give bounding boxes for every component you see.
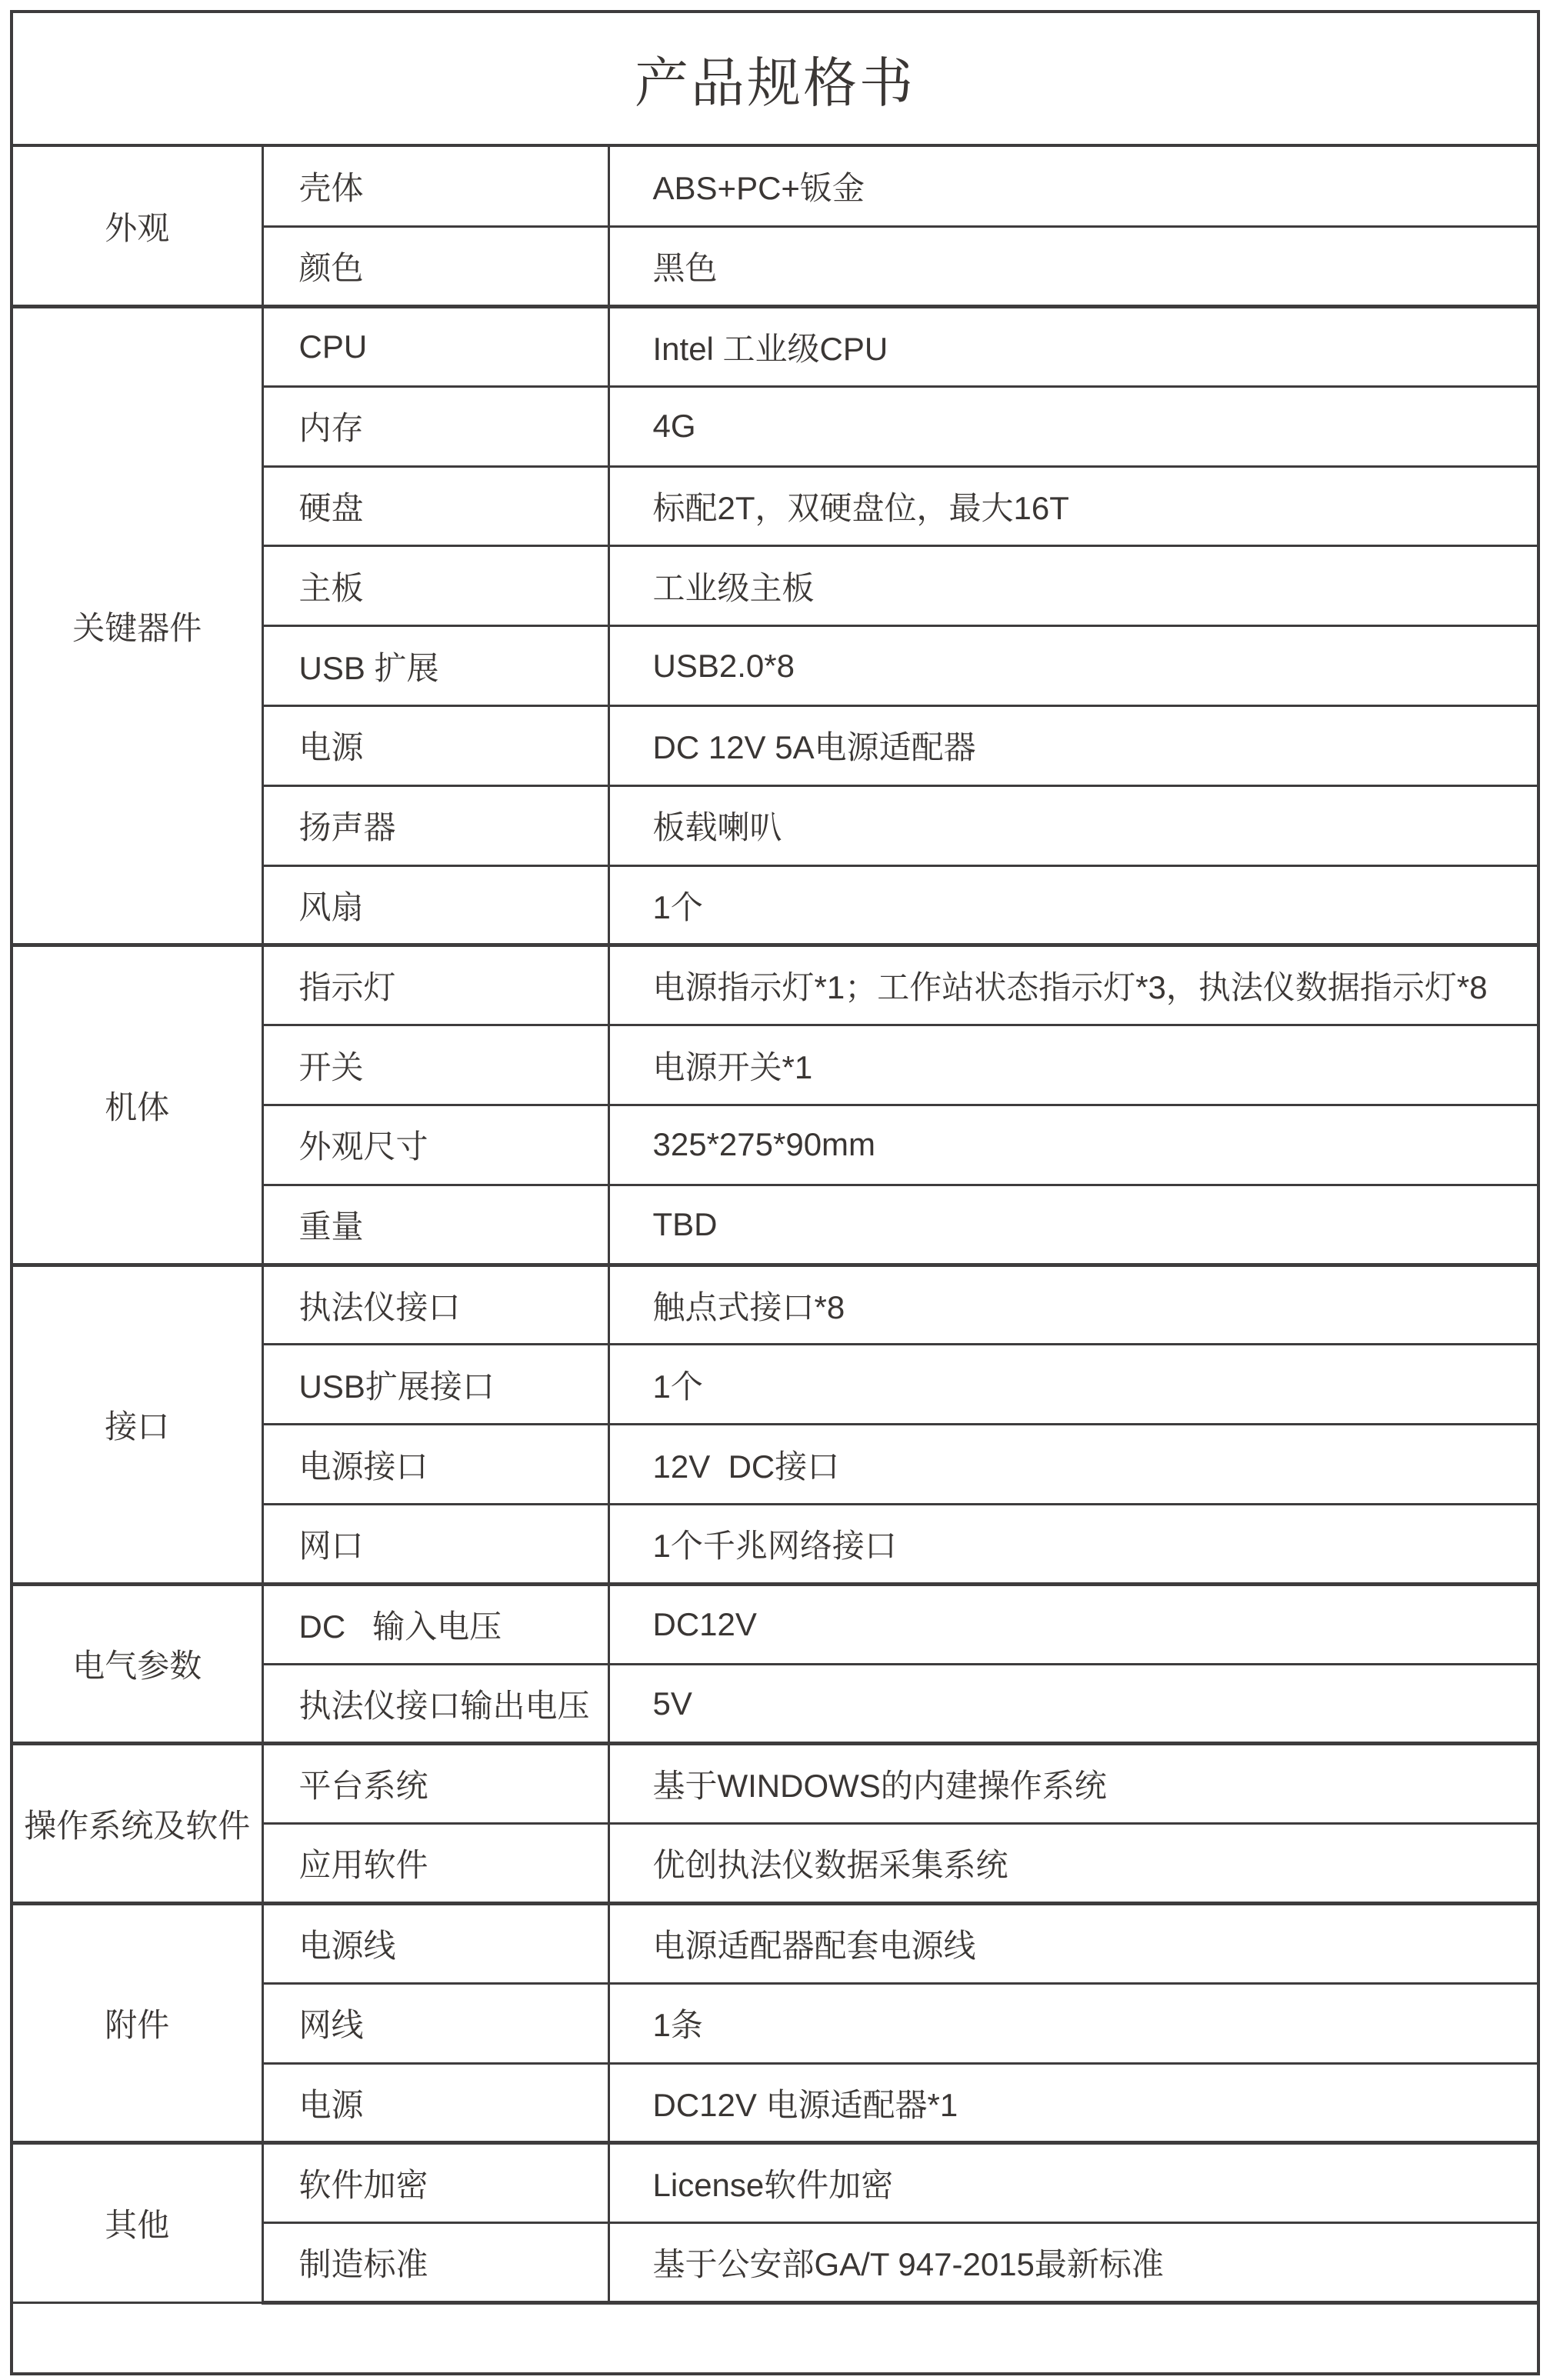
spec-value: 优创执法仪数据采集系统 <box>608 1824 1537 1904</box>
category-cell: 机体 <box>13 945 262 1265</box>
spec-label: 主板 <box>262 546 608 626</box>
spec-label: 电源 <box>262 706 608 786</box>
spec-value: 5V <box>608 1664 1537 1744</box>
category-cell: 电气参数 <box>13 1584 262 1744</box>
spec-value: USB2.0*8 <box>608 626 1537 706</box>
page-title: 产品规格书 <box>13 13 1537 147</box>
spec-label: 硬盘 <box>262 466 608 546</box>
spec-label: 风扇 <box>262 865 608 945</box>
spec-label: 重量 <box>262 1185 608 1265</box>
spec-value: 基于WINDOWS的内建操作系统 <box>608 1744 1537 1824</box>
spec-label: 开关 <box>262 1025 608 1105</box>
table-row: 电气参数DC 输入电压DC12V <box>13 1584 1537 1664</box>
spec-value: 基于公安部GA/T 947-2015最新标准 <box>608 2223 1537 2303</box>
spec-value: 电源适配器配套电源线 <box>608 1904 1537 1984</box>
empty-footer-row <box>13 2305 1537 2372</box>
spec-label: 执法仪接口输出电压 <box>262 1664 608 1744</box>
spec-label: USB 扩展 <box>262 626 608 706</box>
spec-label: 外观尺寸 <box>262 1105 608 1185</box>
spec-value: 1个 <box>608 865 1537 945</box>
category-cell: 接口 <box>13 1265 262 1584</box>
table-row: 关键器件CPUIntel 工业级CPU <box>13 307 1537 387</box>
spec-value: 1条 <box>608 1983 1537 2063</box>
table-row: 其他软件加密License软件加密 <box>13 2143 1537 2223</box>
spec-label: 制造标准 <box>262 2223 608 2303</box>
spec-value: 12V DC接口 <box>608 1425 1537 1505</box>
spec-sheet-page: 产品规格书 外观壳体ABS+PC+钣金颜色黑色关键器件CPUIntel 工业级C… <box>0 0 1550 2380</box>
table-row: 外观壳体ABS+PC+钣金 <box>13 147 1537 227</box>
table-row: 接口执法仪接口触点式接口*8 <box>13 1265 1537 1345</box>
spec-label: 平台系统 <box>262 1744 608 1824</box>
spec-label: 软件加密 <box>262 2143 608 2223</box>
spec-label: 网线 <box>262 1983 608 2063</box>
spec-value: 325*275*90mm <box>608 1105 1537 1185</box>
spec-table-body: 外观壳体ABS+PC+钣金颜色黑色关键器件CPUIntel 工业级CPU内存4G… <box>13 147 1537 2303</box>
table-row: 机体指示灯电源指示灯*1；工作站状态指示灯*3，执法仪数据指示灯*8 <box>13 945 1537 1025</box>
table-row: 操作系统及软件平台系统基于WINDOWS的内建操作系统 <box>13 1744 1537 1824</box>
spec-label: USB扩展接口 <box>262 1345 608 1425</box>
spec-value: DC 12V 5A电源适配器 <box>608 706 1537 786</box>
spec-value: DC12V 电源适配器*1 <box>608 2063 1537 2143</box>
category-cell: 其他 <box>13 2143 262 2303</box>
spec-value: 标配2T，双硬盘位，最大16T <box>608 466 1537 546</box>
category-cell: 附件 <box>13 1904 262 2143</box>
spec-label: 执法仪接口 <box>262 1265 608 1345</box>
spec-value: 黑色 <box>608 227 1537 307</box>
spec-label: 应用软件 <box>262 1824 608 1904</box>
spec-label: CPU <box>262 307 608 387</box>
spec-value: 电源开关*1 <box>608 1025 1537 1105</box>
spec-value: TBD <box>608 1185 1537 1265</box>
spec-label: 网口 <box>262 1505 608 1585</box>
spec-table: 外观壳体ABS+PC+钣金颜色黑色关键器件CPUIntel 工业级CPU内存4G… <box>13 147 1537 2305</box>
spec-label: 电源 <box>262 2063 608 2143</box>
spec-value: 工业级主板 <box>608 546 1537 626</box>
spec-value: 1个 <box>608 1345 1537 1425</box>
spec-value: 触点式接口*8 <box>608 1265 1537 1345</box>
spec-value: Intel 工业级CPU <box>608 307 1537 387</box>
spec-value: 1个千兆网络接口 <box>608 1505 1537 1585</box>
spec-label: DC 输入电压 <box>262 1584 608 1664</box>
spec-value: DC12V <box>608 1584 1537 1664</box>
spec-label: 扬声器 <box>262 785 608 865</box>
spec-value: License软件加密 <box>608 2143 1537 2223</box>
spec-value: 4G <box>608 386 1537 466</box>
category-cell: 外观 <box>13 147 262 307</box>
table-row: 附件电源线电源适配器配套电源线 <box>13 1904 1537 1984</box>
spec-label: 内存 <box>262 386 608 466</box>
spec-label: 指示灯 <box>262 945 608 1025</box>
spec-label: 电源接口 <box>262 1425 608 1505</box>
spec-sheet: 产品规格书 外观壳体ABS+PC+钣金颜色黑色关键器件CPUIntel 工业级C… <box>10 10 1540 2375</box>
spec-label: 电源线 <box>262 1904 608 1984</box>
category-cell: 关键器件 <box>13 307 262 945</box>
spec-value: 电源指示灯*1；工作站状态指示灯*3，执法仪数据指示灯*8 <box>608 945 1537 1025</box>
spec-label: 颜色 <box>262 227 608 307</box>
spec-value: ABS+PC+钣金 <box>608 147 1537 227</box>
spec-label: 壳体 <box>262 147 608 227</box>
category-cell: 操作系统及软件 <box>13 1744 262 1904</box>
spec-value: 板载喇叭 <box>608 785 1537 865</box>
